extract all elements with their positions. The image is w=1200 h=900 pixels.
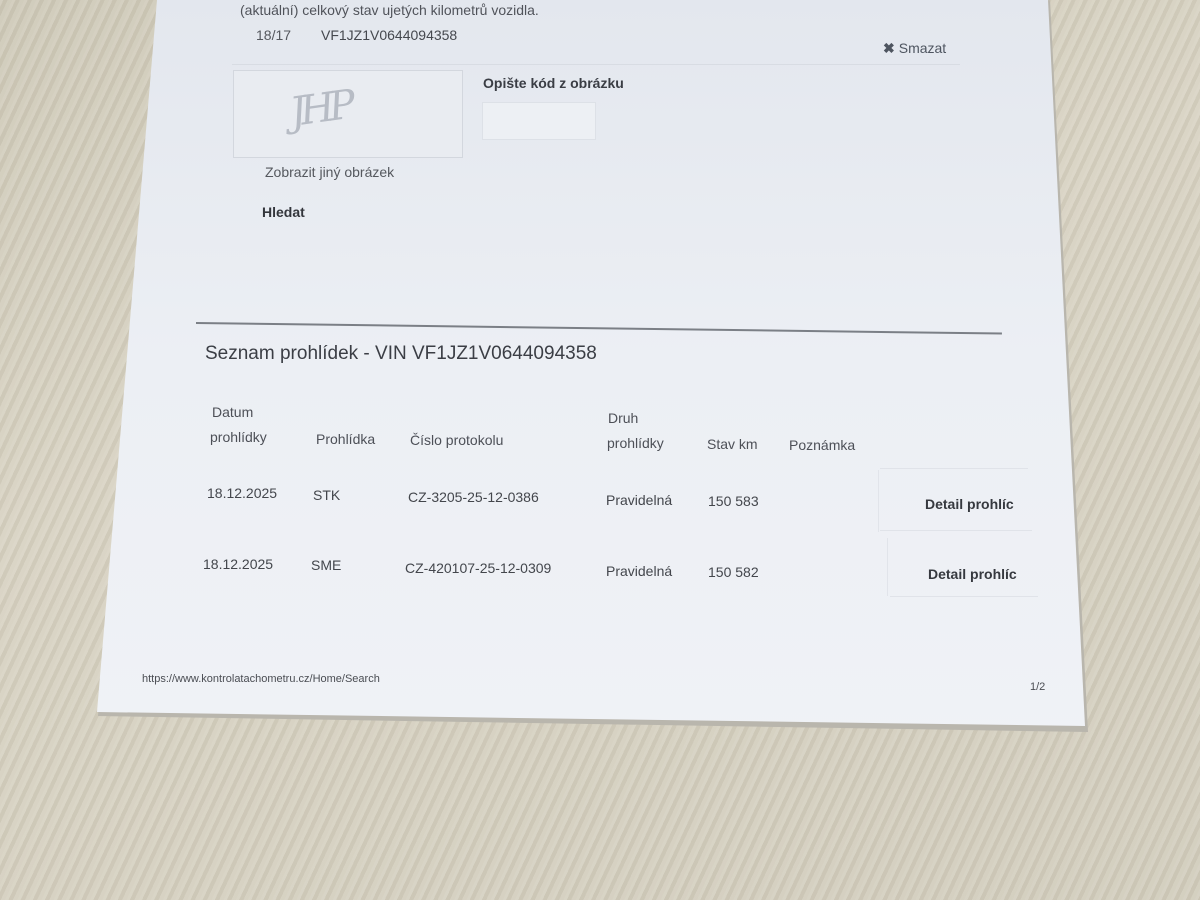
- cell-protocol: CZ-3205-25-12-0386: [408, 489, 539, 505]
- cell-kind: Pravidelná: [606, 563, 672, 579]
- header-protocol: Číslo protokolu: [410, 432, 503, 448]
- delete-vin-button[interactable]: ✖Smazat: [883, 40, 946, 57]
- header-kind-line2: prohlídky: [607, 435, 664, 451]
- detail-inspection-link[interactable]: Detail prohlíc: [925, 496, 1014, 512]
- cell-type: STK: [313, 487, 340, 503]
- refresh-captcha-link[interactable]: Zobrazit jiný obrázek: [265, 164, 394, 180]
- cell-date: 18.12.2025: [203, 556, 273, 572]
- intro-text: (aktuální) celkový stav ujetých kilometr…: [240, 2, 539, 18]
- cell-km: 150 583: [708, 493, 759, 509]
- vin-entry-value: VF1JZ1V0644094358: [321, 27, 457, 43]
- vin-entry-index: 18/17: [256, 27, 291, 43]
- cell-kind: Pravidelná: [606, 492, 672, 508]
- delete-vin-label: Smazat: [899, 40, 946, 56]
- search-button[interactable]: Hledat: [262, 204, 305, 220]
- detail-inspection-link[interactable]: Detail prohlíc: [928, 566, 1017, 582]
- table-line: [890, 596, 1038, 597]
- cell-protocol: CZ-420107-25-12-0309: [405, 560, 551, 576]
- cell-date: 18.12.2025: [207, 485, 277, 501]
- header-km: Stav km: [707, 436, 758, 452]
- cell-type: SME: [311, 557, 341, 573]
- inspections-title: Seznam prohlídek - VIN VF1JZ1V0644094358: [205, 343, 597, 365]
- header-type: Prohlídka: [316, 431, 375, 447]
- header-date-line1: Datum: [212, 404, 253, 420]
- captcha-input[interactable]: [482, 102, 596, 140]
- header-kind-line1: Druh: [608, 410, 638, 426]
- close-icon: ✖: [883, 40, 895, 56]
- cell-km: 150 582: [708, 564, 759, 580]
- printed-page: [0, 0, 1200, 900]
- captcha-text: JHP: [287, 82, 353, 136]
- table-line: [880, 530, 1032, 531]
- table-line: [887, 538, 888, 596]
- header-note: Poznámka: [789, 437, 855, 453]
- divider: [232, 64, 960, 65]
- table-line: [880, 468, 1028, 469]
- page-number: 1/2: [1030, 681, 1045, 693]
- footer-url: https://www.kontrolatachometru.cz/Home/S…: [142, 673, 380, 685]
- captcha-label: Opište kód z obrázku: [483, 75, 624, 91]
- header-date-line2: prohlídky: [210, 429, 267, 445]
- table-line: [878, 470, 879, 532]
